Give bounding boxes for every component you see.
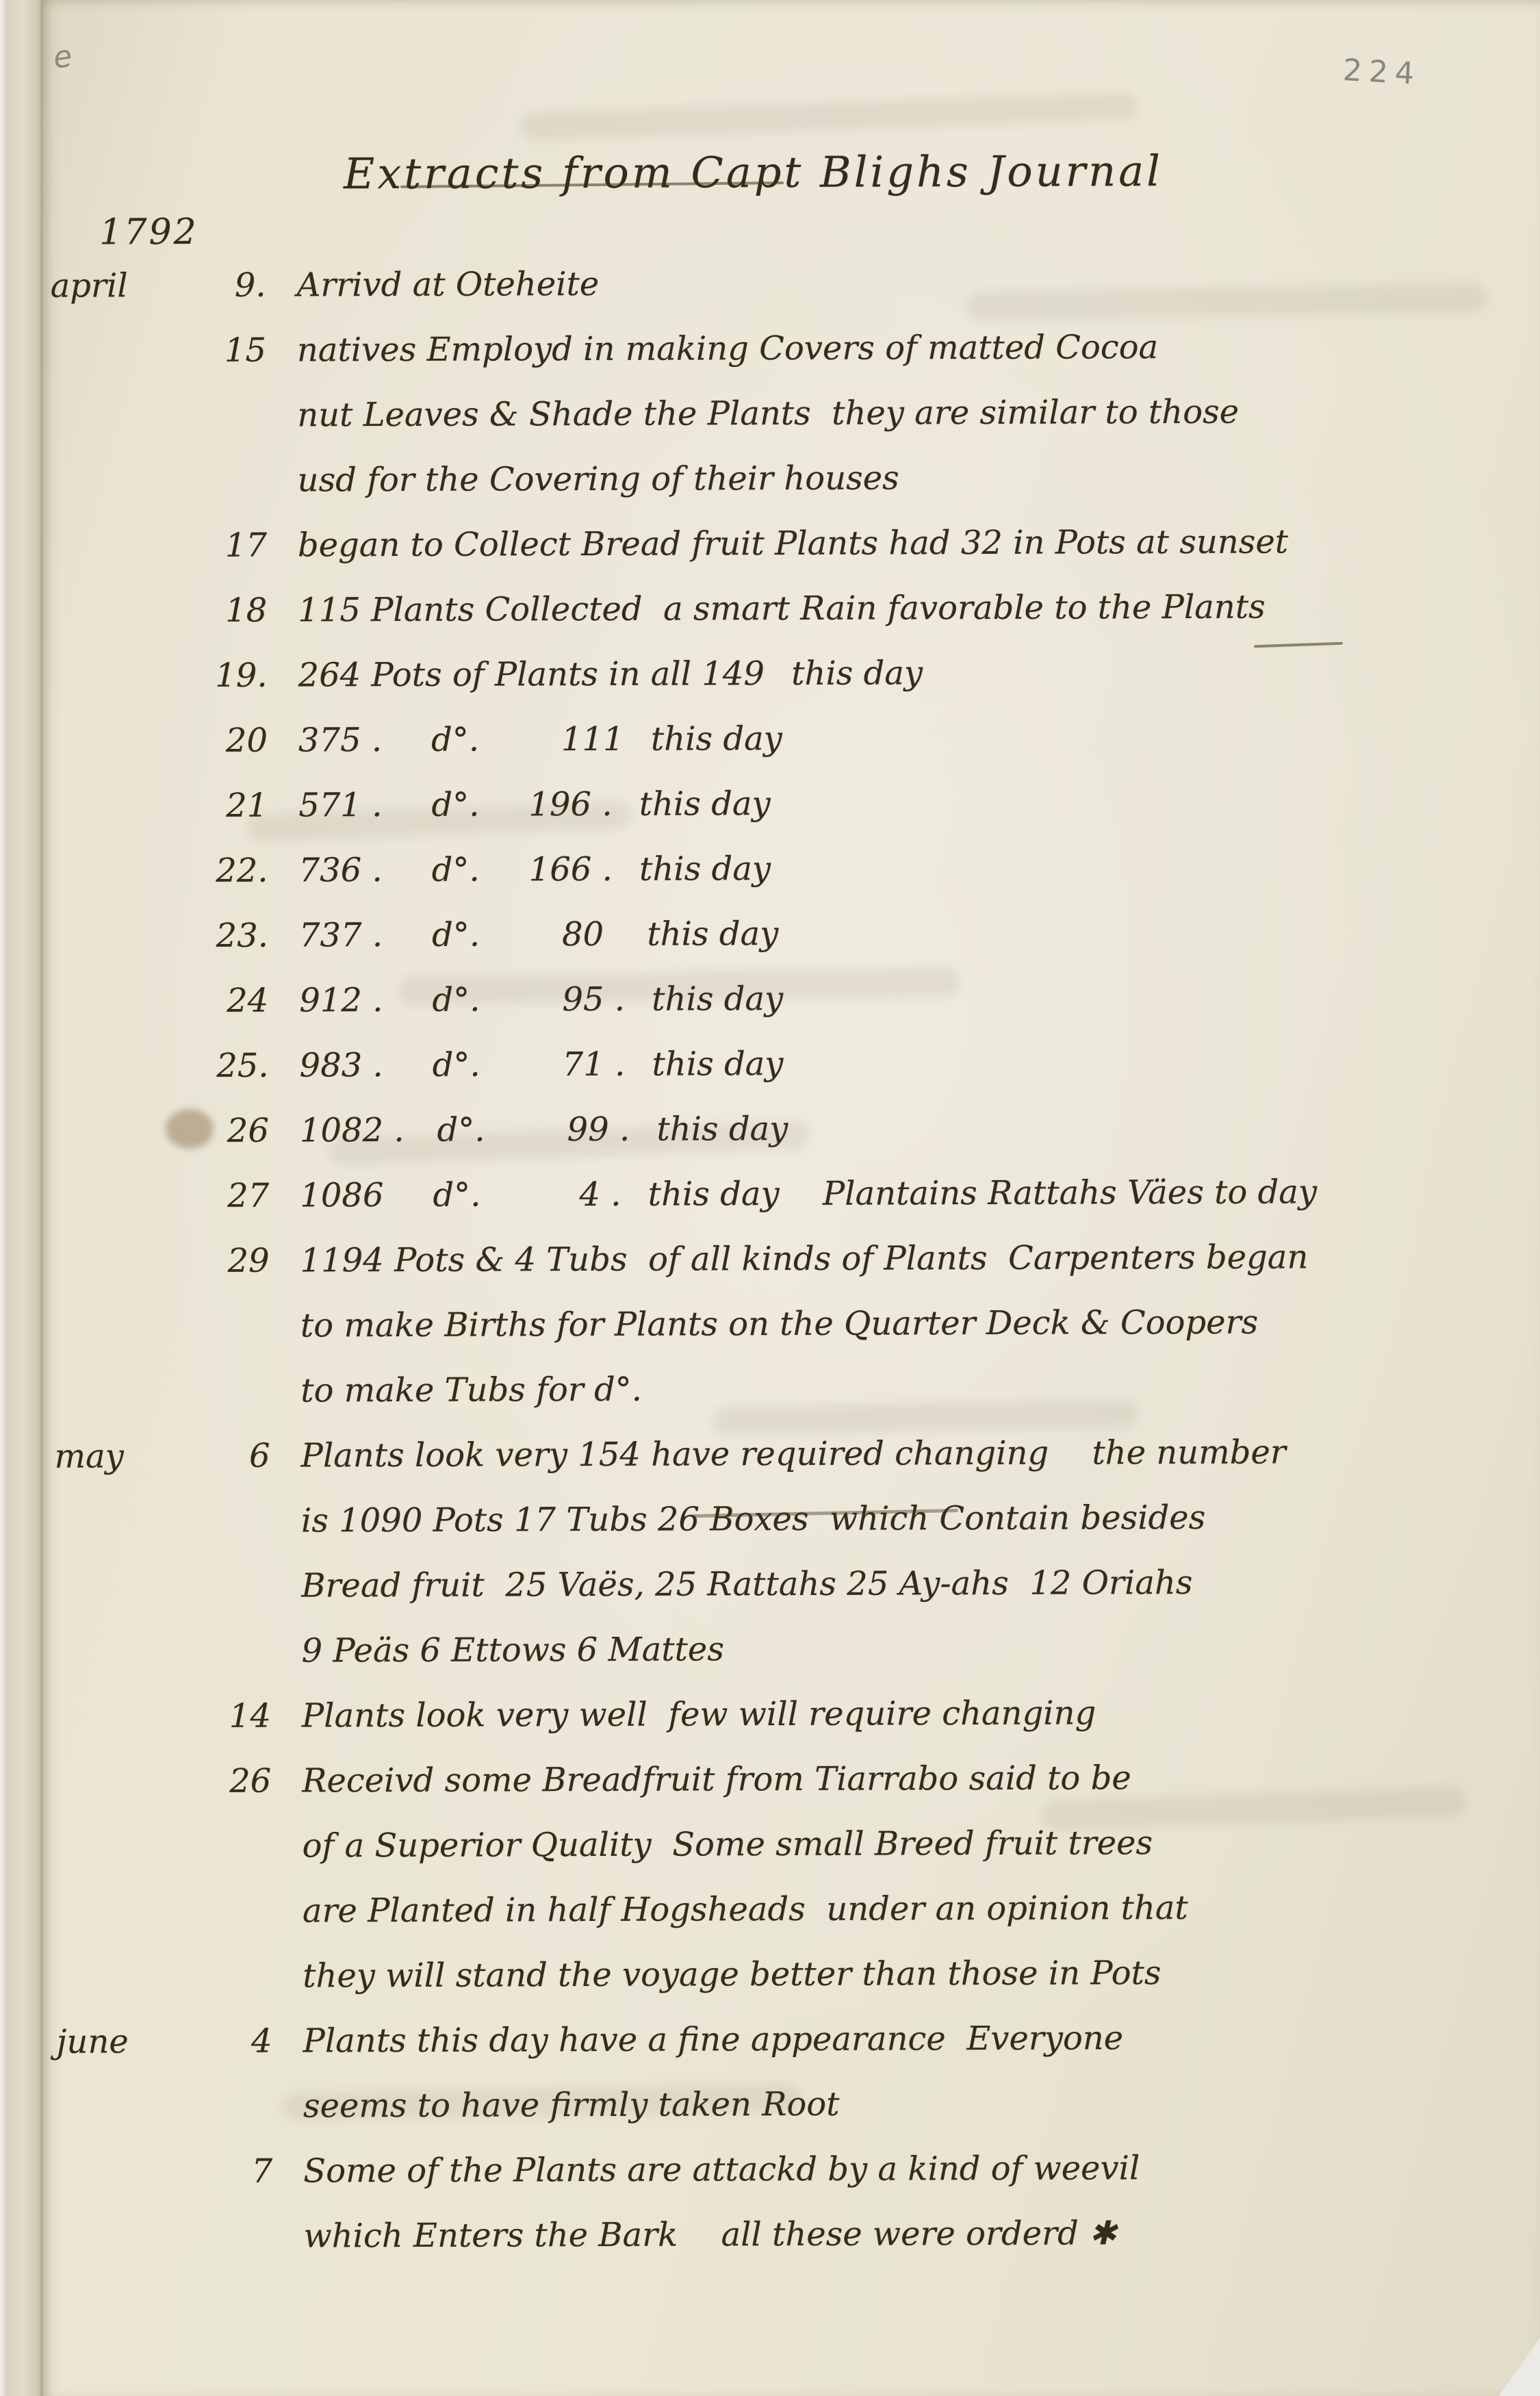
journal-line: 261082 . d°. 99 . this day bbox=[42, 1107, 1540, 1177]
entry-text: 264 Pots of Plants in all 149 this day bbox=[298, 652, 1539, 694]
day-number bbox=[168, 1567, 301, 1568]
day-number bbox=[168, 1827, 302, 1828]
month-label: may bbox=[44, 1437, 168, 1476]
day-number: 20 bbox=[165, 722, 298, 761]
journal-line: 25.983 . d°. 71 . this day bbox=[42, 1042, 1540, 1112]
month-label bbox=[42, 1177, 166, 1177]
day-number: 7 bbox=[170, 2152, 303, 2191]
journal-line: 21571 . d°. 196 . this day bbox=[41, 782, 1539, 852]
page-title: Extracts from Capt Blighs Journal bbox=[344, 144, 1537, 199]
journal-line: 291194 Pots & 4 Tubs of all kinds of Pla… bbox=[43, 1237, 1540, 1308]
journal-line: 17began to Collect Bread fruit Plants ha… bbox=[40, 522, 1538, 592]
month-label bbox=[46, 2217, 170, 2218]
entry-text: which Enters the Bark all these were ord… bbox=[303, 2213, 1540, 2255]
month-label bbox=[41, 657, 165, 657]
day-number bbox=[164, 461, 298, 462]
entry-text: 1082 . d°. 99 . this day bbox=[300, 1107, 1540, 1149]
journal-line: 20375 . d°. 111 this day bbox=[41, 717, 1539, 787]
day-number: 21 bbox=[165, 787, 298, 826]
day-number: 26 bbox=[166, 1112, 300, 1151]
day-number: 23. bbox=[166, 917, 299, 956]
month-label bbox=[44, 1502, 168, 1503]
entry-text: they will stand the voyage better than t… bbox=[303, 1952, 1540, 1995]
journal-line: nut Leaves & Shade the Plants they are s… bbox=[40, 392, 1537, 462]
journal-line: 271086 d°. 4 . this day Plantains Rattah… bbox=[42, 1172, 1540, 1242]
month-label: june bbox=[45, 2022, 169, 2061]
entry-text: 375 . d°. 111 this day bbox=[298, 717, 1539, 759]
month-label bbox=[42, 1047, 166, 1047]
month-label bbox=[40, 526, 164, 527]
entry-text: 1086 d°. 4 . this day Plantains Rattahs … bbox=[300, 1172, 1540, 1214]
month-label bbox=[42, 1112, 166, 1112]
month-label: april bbox=[40, 266, 164, 305]
journal-line: 15natives Employd in making Covers of ma… bbox=[40, 327, 1537, 397]
month-label bbox=[46, 2152, 170, 2153]
entry-text: Plants this day have a fine appearance E… bbox=[303, 2017, 1540, 2060]
month-label bbox=[40, 331, 164, 332]
journal-line: 18115 Plants Collected a smart Rain favo… bbox=[40, 587, 1538, 657]
journal-line: is 1090 Pots 17 Tubs 26 Boxes which Cont… bbox=[44, 1497, 1540, 1568]
entry-text: Some of the Plants are attackd by a kind… bbox=[303, 2148, 1540, 2190]
day-number: 24 bbox=[166, 982, 299, 1021]
month-label bbox=[43, 1372, 167, 1373]
entry-text: Plants look very well few will require c… bbox=[302, 1692, 1540, 1735]
entry-text: to make Births for Plants on the Quarter… bbox=[300, 1302, 1540, 1344]
day-number: 17 bbox=[164, 526, 298, 565]
day-number: 22. bbox=[166, 852, 299, 891]
entry-text: 983 . d°. 71 . this day bbox=[300, 1042, 1540, 1084]
book-page-edges bbox=[0, 0, 42, 2396]
entry-text: began to Collect Bread fruit Plants had … bbox=[298, 522, 1538, 564]
month-label bbox=[43, 1307, 167, 1308]
month-label bbox=[43, 1242, 167, 1242]
day-number: 18 bbox=[164, 591, 298, 630]
day-number bbox=[169, 1957, 303, 1957]
year-heading: 1792 bbox=[99, 207, 1537, 253]
journal-line: seems to have firmly taken Root bbox=[46, 2082, 1540, 2153]
journal-line: may6Plants look very 154 have required c… bbox=[44, 1432, 1540, 1503]
month-label bbox=[40, 396, 164, 397]
month-label bbox=[42, 852, 166, 852]
month-label bbox=[46, 2087, 170, 2088]
month-label bbox=[40, 591, 164, 592]
entry-text: 737 . d°. 80 this day bbox=[299, 912, 1539, 954]
entry-text: is 1090 Pots 17 Tubs 26 Boxes which Cont… bbox=[301, 1497, 1540, 1540]
day-number: 26 bbox=[168, 1762, 302, 1801]
month-label bbox=[40, 461, 164, 462]
entry-text: 736 . d°. 166 . this day bbox=[299, 847, 1539, 889]
entry-text: are Planted in half Hogsheads under an o… bbox=[303, 1887, 1540, 1930]
entry-text: to make Tubs for d°. bbox=[300, 1367, 1540, 1410]
day-number: 29 bbox=[167, 1242, 300, 1281]
journal-line: which Enters the Bark all these were ord… bbox=[46, 2213, 1540, 2283]
day-number bbox=[169, 1891, 303, 1892]
day-number: 25. bbox=[166, 1047, 300, 1086]
page-corner bbox=[1499, 2338, 1540, 2396]
entry-text: 9 Peäs 6 Ettows 6 Mattes bbox=[302, 1627, 1540, 1670]
journal-line: april9.Arrivd at Oteheite bbox=[40, 262, 1537, 332]
month-label bbox=[44, 1697, 168, 1698]
entry-text: Receivd some Breadfruit from Tiarrabo sa… bbox=[302, 1757, 1540, 1800]
month-label bbox=[45, 1892, 169, 1893]
entry-text: 912 . d°. 95 . this day bbox=[299, 977, 1539, 1019]
day-number: 6 bbox=[168, 1437, 301, 1476]
month-label bbox=[44, 1567, 168, 1568]
journal-line: 26Receivd some Breadfruit from Tiarrabo … bbox=[44, 1757, 1540, 1828]
month-label bbox=[45, 1957, 169, 1958]
day-number bbox=[170, 2087, 303, 2087]
journal-line: they will stand the voyage better than t… bbox=[45, 1952, 1540, 2023]
journal-line: 7Some of the Plants are attackd by a kin… bbox=[46, 2148, 1540, 2218]
day-number bbox=[167, 1307, 300, 1308]
month-label bbox=[44, 1762, 168, 1763]
month-label bbox=[41, 787, 165, 787]
day-number: 14 bbox=[168, 1697, 302, 1736]
entry-text: 115 Plants Collected a smart Rain favora… bbox=[298, 587, 1538, 629]
journal-line: to make Tubs for d°. bbox=[43, 1367, 1540, 1438]
entry-text: natives Employd in making Covers of matt… bbox=[297, 327, 1537, 369]
month-label bbox=[42, 917, 166, 917]
journal-lines: april9.Arrivd at Oteheite15natives Emplo… bbox=[40, 262, 1540, 2283]
day-number bbox=[168, 1502, 301, 1503]
entry-text: 1194 Pots & 4 Tubs of all kinds of Plant… bbox=[300, 1237, 1540, 1279]
entry-text: Plants look very 154 have required chang… bbox=[301, 1432, 1540, 1475]
day-number: 27 bbox=[166, 1177, 300, 1216]
day-number bbox=[164, 396, 297, 397]
day-number: 4 bbox=[169, 2022, 303, 2061]
month-label bbox=[44, 1632, 168, 1633]
journal-line: Bread fruit 25 Vaës, 25 Rattahs 25 Ay-ah… bbox=[44, 1562, 1540, 1633]
day-number: 15 bbox=[164, 331, 297, 370]
day-number bbox=[170, 2217, 303, 2217]
journal-line: 24912 . d°. 95 . this day bbox=[42, 977, 1539, 1047]
journal-line: 9 Peäs 6 Ettows 6 Mattes bbox=[44, 1627, 1540, 1698]
entry-text: Arrivd at Oteheite bbox=[297, 262, 1537, 304]
journal-line: 19.264 Pots of Plants in all 149 this da… bbox=[41, 652, 1539, 722]
journal-line: are Planted in half Hogsheads under an o… bbox=[45, 1887, 1540, 1958]
journal-line: june4Plants this day have a fine appeara… bbox=[45, 2017, 1540, 2088]
day-number: 9. bbox=[164, 266, 297, 305]
entry-text: 571 . d°. 196 . this day bbox=[298, 782, 1539, 824]
entry-text: seems to have firmly taken Root bbox=[303, 2082, 1540, 2125]
journal-line: to make Births for Plants on the Quarter… bbox=[43, 1302, 1540, 1373]
journal-content: Extracts from Capt Blighs Journal 1792 a… bbox=[38, 0, 1540, 2283]
day-number: 19. bbox=[165, 657, 298, 696]
day-number bbox=[168, 1632, 302, 1633]
entry-text: usd for the Covering of their houses bbox=[298, 457, 1538, 499]
journal-line: of a Superior Quality Some small Breed f… bbox=[44, 1822, 1540, 1893]
journal-line: 23.737 . d°. 80 this day bbox=[42, 912, 1539, 982]
entry-text: of a Superior Quality Some small Breed f… bbox=[302, 1822, 1540, 1865]
month-label bbox=[44, 1827, 168, 1828]
entry-text: nut Leaves & Shade the Plants they are s… bbox=[297, 392, 1537, 434]
day-number bbox=[167, 1372, 300, 1373]
month-label bbox=[42, 982, 166, 982]
month-label bbox=[41, 722, 165, 722]
journal-line: 22.736 . d°. 166 . this day bbox=[42, 847, 1539, 917]
journal-line: 14Plants look very well few will require… bbox=[44, 1692, 1540, 1763]
journal-line: usd for the Covering of their houses bbox=[40, 457, 1538, 527]
entry-text: Bread fruit 25 Vaës, 25 Rattahs 25 Ay-ah… bbox=[301, 1562, 1540, 1605]
